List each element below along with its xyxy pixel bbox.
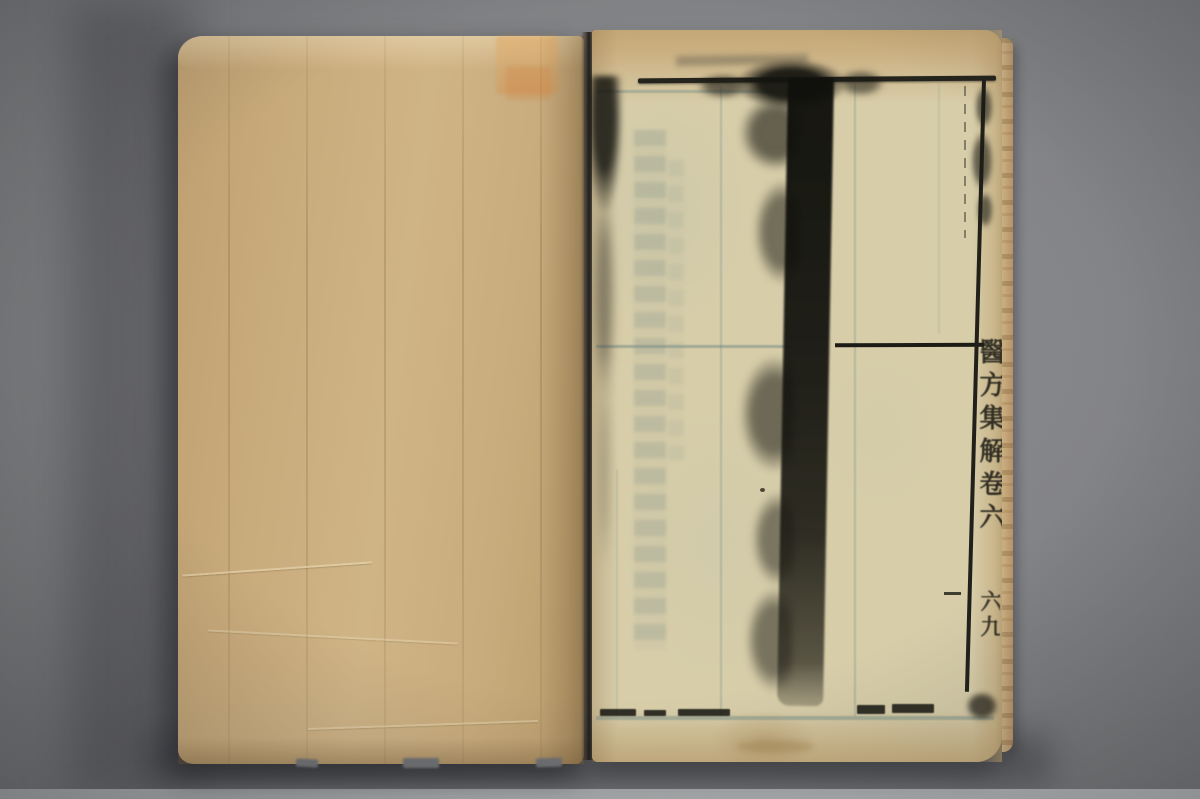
faint-orange-seal-stamp-inner	[506, 66, 550, 100]
torn-edge-chip	[296, 758, 318, 767]
ink-blob	[838, 70, 884, 96]
fore-edge-broken-rule	[964, 86, 966, 238]
paper-fold-line	[384, 36, 386, 764]
fore-edge-smudged-glyph	[977, 192, 993, 228]
photo-backdrop: 醫方集解卷六 六九	[0, 0, 1200, 799]
left-page-gutter-shade	[538, 36, 584, 764]
ink-blotch-left-tail	[598, 375, 610, 565]
ink-blotch-left-margin	[590, 76, 622, 210]
spine-title-text: 醫方集解卷六	[969, 338, 1003, 580]
paper-crease	[182, 561, 372, 576]
bottom-ink-dash	[892, 704, 934, 713]
bottom-ink-dash	[600, 709, 636, 716]
small-ink-segment	[944, 592, 961, 595]
torn-edge-chip	[536, 758, 562, 768]
stacked-pages-fore-edge	[1002, 38, 1013, 752]
ink-blob	[698, 74, 748, 98]
left-page-blank-verso	[178, 36, 584, 764]
bottom-ink-dash	[678, 709, 730, 716]
book-shadow-left	[70, 0, 190, 799]
faint-bottom-rule	[596, 716, 994, 720]
ink-speck	[760, 488, 765, 492]
bottom-ink-dash	[857, 705, 885, 714]
right-page-smudged-leaf: 醫方集解卷六 六九	[592, 30, 1002, 762]
show-through-text-column	[634, 130, 666, 650]
corner-ink-blot	[966, 692, 998, 720]
faint-column-rule	[616, 470, 618, 716]
paper-crease	[208, 629, 458, 644]
faint-column-rule	[720, 86, 722, 716]
paper-fold-line	[306, 36, 308, 764]
show-through-text-column	[668, 160, 684, 460]
paper-fold-line	[540, 36, 542, 764]
faint-column-rule	[854, 84, 856, 716]
fore-edge-smudged-glyph	[975, 86, 993, 128]
paper-crease	[308, 720, 538, 730]
backdrop-floor-strip	[0, 789, 1200, 799]
left-page-bottom-shade	[178, 738, 584, 764]
paper-fold-line	[228, 36, 230, 764]
paper-fold-line	[462, 36, 464, 764]
fore-edge-smudged-glyph	[971, 132, 993, 190]
torn-edge-chip	[403, 758, 439, 768]
bottom-ink-dash	[644, 710, 666, 716]
folio-number-text: 六九	[970, 590, 1000, 662]
faint-column-rule	[938, 84, 940, 334]
ink-blotch-left-tail	[594, 195, 614, 395]
brown-stain	[736, 740, 814, 753]
faint-middle-rule	[596, 345, 790, 348]
frame-middle-border-line	[835, 343, 984, 348]
